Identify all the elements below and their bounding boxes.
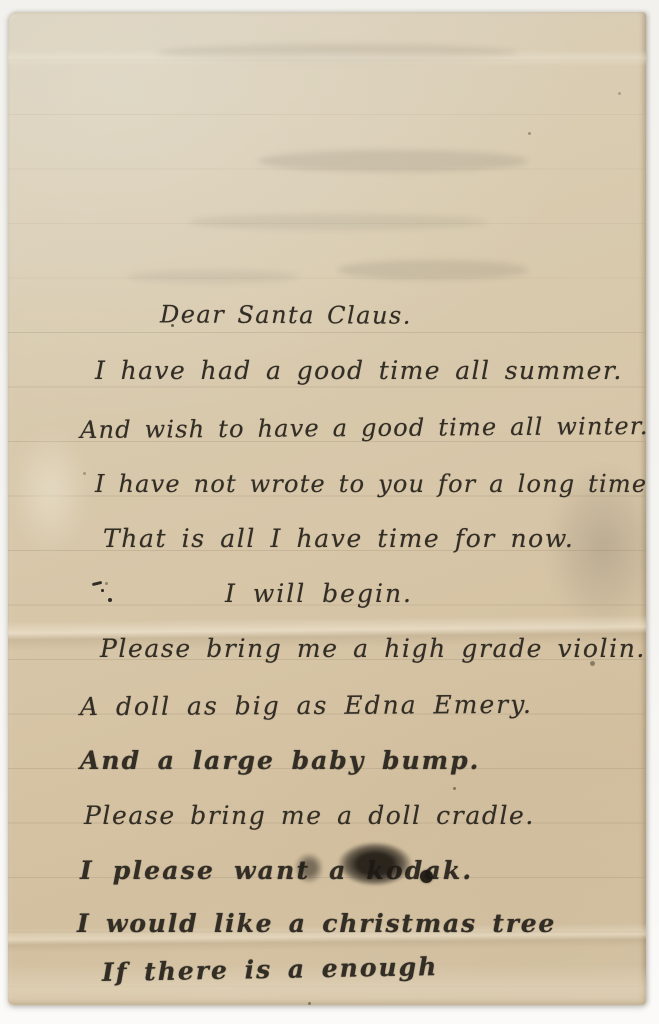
bleed-through-smudge — [338, 260, 528, 280]
letter-line: Please bring me a high grade violin. — [100, 632, 646, 666]
paper-crease — [8, 50, 646, 66]
letter-line: And a large baby bump. — [80, 744, 480, 778]
letter-line: I would like a christmas tree — [77, 907, 556, 941]
bleed-through-smudge — [258, 150, 528, 172]
letter-line: I will begin. — [225, 577, 413, 611]
letter-line: If there is a enough — [102, 950, 439, 990]
paper-light-patch — [10, 427, 90, 557]
scan-background: Dear Santa Claus. I have had a good time… — [0, 0, 659, 1024]
bleed-through-smudge — [158, 44, 518, 62]
letter-line: A doll as big as Edna Emery. — [80, 688, 533, 724]
bleed-through-smudge — [188, 214, 488, 230]
letter-line: Please bring me a doll cradle. — [84, 799, 535, 833]
bleed-through-smudge — [128, 270, 298, 283]
letter-line: I have not wrote to you for a long time. — [95, 467, 646, 501]
letter-line: I please want a kodak. — [80, 854, 473, 888]
letter-page: Dear Santa Claus. I have had a good time… — [8, 12, 646, 1005]
stray-ink-marks — [108, 598, 112, 602]
letter-line: That is all I have time for now. — [103, 522, 574, 556]
letter-line-salutation: Dear Santa Claus. — [160, 297, 412, 332]
letter-line: And wish to have a good time all winter. — [80, 409, 646, 447]
letter-line: I have had a good time all summer. — [95, 354, 623, 388]
